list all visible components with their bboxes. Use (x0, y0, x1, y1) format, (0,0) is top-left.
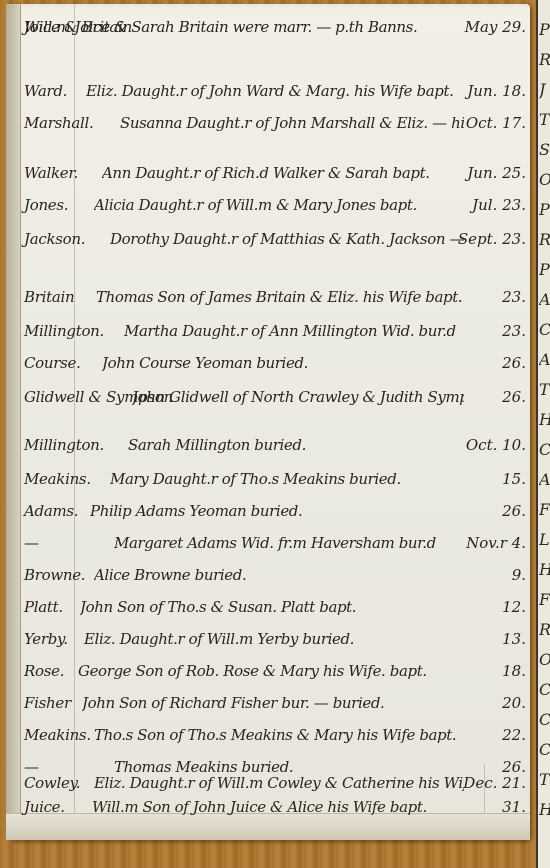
entry-text: John Son of Richard Fisher bur. — buried… (82, 694, 384, 712)
register-entry: Walker.Ann Daught.r of Rich.d Walker & S… (24, 164, 534, 188)
entry-date: 12. (502, 598, 526, 616)
entry-date: Jul. 23. (472, 196, 526, 214)
entry-text: Alicia Daught.r of Will.m & Mary Jones b… (94, 196, 417, 214)
facing-page-letter: T (539, 110, 550, 129)
entry-surname: Yerby. (24, 630, 68, 648)
entry-date: Sept. 23. (458, 230, 526, 248)
entry-date: May 29. (465, 18, 526, 36)
entry-surname: Ward. (24, 82, 67, 100)
register-entry: Platt.John Son of Tho.s & Susan. Platt b… (24, 598, 534, 622)
entry-surname: Browne. (24, 566, 85, 584)
facing-page-fragment: PRJTSOPRPACATHCAFLHFROCCaClTraHo (539, 0, 550, 868)
register-entry: BritainThomas Son of James Britain & Eli… (24, 288, 534, 312)
entry-date: 9. (512, 566, 526, 584)
entry-surname: Walker. (24, 164, 78, 182)
facing-page-letter: F (539, 500, 550, 519)
entry-text: Will.m Joice & Sarah Britain were marr. … (24, 18, 417, 36)
entry-surname: Adams. (24, 502, 78, 520)
facing-page-letter: R (539, 620, 550, 639)
entry-surname: Course. (24, 354, 81, 372)
facing-page-letter: Ho (539, 800, 550, 819)
entry-date: 26. (502, 502, 526, 520)
entry-text: Tho.s Son of Tho.s Meakins & Mary his Wi… (94, 726, 456, 744)
facing-page-letter: H (539, 560, 550, 579)
entry-date: Jun. 18. (467, 82, 526, 100)
entry-date: Nov.r 4. (466, 534, 526, 552)
facing-page-letter: R (539, 50, 550, 69)
entry-surname: Marshall. (24, 114, 93, 132)
entry-text: John Son of Tho.s & Susan. Platt bapt. (80, 598, 356, 616)
entry-date: Jun. 25. (467, 164, 526, 182)
entry-text: Thomas Son of James Britain & Eliz. his … (96, 288, 462, 306)
register-entry: Browne.Alice Browne buried.9. (24, 566, 534, 590)
entry-surname: Meakins. (24, 726, 91, 744)
facing-page-letter: P (539, 20, 550, 39)
facing-page-letter: O (539, 170, 550, 189)
register-entry: Millington.Martha Daught.r of Ann Millin… (24, 322, 534, 346)
register-entry: Meakins.Tho.s Son of Tho.s Meakins & Mar… (24, 726, 534, 750)
entry-date: 15. (502, 470, 526, 488)
entry-date: 26. (502, 388, 526, 406)
register-entry: Juice.Will.m Son of John Juice & Alice h… (24, 798, 534, 822)
entry-date: 18. (502, 662, 526, 680)
entry-surname: Jones. (24, 196, 68, 214)
facing-page-letter: P (539, 260, 550, 279)
entry-text: John Course Yeoman buried. (102, 354, 308, 372)
register-entry: Jones.Alicia Daught.r of Will.m & Mary J… (24, 196, 534, 220)
entry-date: 13. (502, 630, 526, 648)
register-entry: —Margaret Adams Wid. fr.m Haversham bur.… (24, 534, 534, 558)
entry-date: Dec. 21. (463, 774, 526, 792)
entry-text: Alice Browne buried. (94, 566, 246, 584)
register-entry: Rose.George Son of Rob. Rose & Mary his … (24, 662, 534, 686)
facing-page-letter: H (539, 410, 550, 429)
register-entry: Yerby.Eliz. Daught.r of Will.m Yerby bur… (24, 630, 534, 654)
entry-date: 23. (502, 288, 526, 306)
facing-page-letter: A (539, 290, 550, 309)
facing-page-letter: T (539, 380, 550, 399)
facing-page-letter: R (539, 230, 550, 249)
entry-text: John Glidwell of North Crawley & Judith … (132, 388, 464, 406)
entry-surname: — (24, 534, 39, 552)
entry-surname: Cowley. (24, 774, 80, 792)
entry-text: Sarah Millington buried. (128, 436, 306, 454)
entry-text: Margaret Adams Wid. fr.m Haversham bur.d (114, 534, 436, 552)
register-entry: FisherJohn Son of Richard Fisher bur. — … (24, 694, 534, 718)
entry-date: 23. (502, 322, 526, 340)
entry-surname: Jackson. (24, 230, 85, 248)
entry-text: Philip Adams Yeoman buried. (90, 502, 302, 520)
entry-surname: Meakins. (24, 470, 91, 488)
register-entry: Meakins.Mary Daught.r of Tho.s Meakins b… (24, 470, 534, 494)
facing-page-letter: Ca (539, 710, 550, 729)
entry-date: 20. (502, 694, 526, 712)
entry-text: Will.m Son of John Juice & Alice his Wif… (92, 798, 427, 816)
entry-text: Ann Daught.r of Rich.d Walker & Sarah ba… (102, 164, 430, 182)
entry-text: Mary Daught.r of Tho.s Meakins buried. (110, 470, 401, 488)
entry-text: Susanna Daught.r of John Marshall & Eliz… (120, 114, 464, 132)
facing-page-letter: A (539, 350, 550, 369)
register-entry: Glidwell & SympsonJohn Glidwell of North… (24, 388, 534, 412)
entry-date: 22. (502, 726, 526, 744)
entry-date: 31. (502, 798, 526, 816)
facing-page-letter: Cl (539, 740, 550, 759)
entry-date: Oct. 17. (466, 114, 526, 132)
facing-page-letter: S (539, 140, 550, 159)
entry-surname: Fisher (24, 694, 71, 712)
entry-surname: Platt. (24, 598, 63, 616)
register-entry: Cowley.Eliz. Daught.r of Will.m Cowley &… (24, 774, 534, 798)
entry-text: Eliz. Daught.r of John Ward & Marg. his … (86, 82, 453, 100)
register-entry: Course.John Course Yeoman buried.26. (24, 354, 534, 378)
register-entry: Joice & BritainWill.m Joice & Sarah Brit… (24, 18, 534, 42)
facing-page-letter: L (539, 530, 550, 549)
facing-page-letter: P (539, 200, 550, 219)
facing-page-letter: C (539, 680, 550, 699)
register-entry: Marshall.Susanna Daught.r of John Marsha… (24, 114, 534, 138)
facing-page-letter: C (539, 440, 550, 459)
entry-text: George Son of Rob. Rose & Mary his Wife.… (78, 662, 427, 680)
facing-page-letter: J (539, 80, 545, 99)
entry-text: Martha Daught.r of Ann Millington Wid. b… (124, 322, 456, 340)
entry-surname: Millington. (24, 322, 104, 340)
entry-surname: Juice. (24, 798, 65, 816)
entry-surname: Rose. (24, 662, 64, 680)
entry-surname: Millington. (24, 436, 104, 454)
entry-text: Eliz. Daught.r of Will.m Cowley & Cather… (94, 774, 464, 792)
facing-page-letter: Tra (539, 770, 550, 789)
register-page: Joice & BritainWill.m Joice & Sarah Brit… (6, 4, 530, 840)
entry-text: Dorothy Daught.r of Matthias & Kath. Jac… (110, 230, 464, 248)
register-entry: Jackson.Dorothy Daught.r of Matthias & K… (24, 230, 534, 254)
entry-text: Eliz. Daught.r of Will.m Yerby buried. (84, 630, 354, 648)
register-entry: Ward.Eliz. Daught.r of John Ward & Marg.… (24, 82, 534, 106)
facing-page-letter: O (539, 650, 550, 669)
facing-page-letter: A (539, 470, 550, 489)
entry-date: 26. (502, 354, 526, 372)
register-entry: Millington.Sarah Millington buried.Oct. … (24, 436, 534, 460)
entry-date: Oct. 10. (466, 436, 526, 454)
register-entry: Adams.Philip Adams Yeoman buried.26. (24, 502, 534, 526)
page-edge (6, 4, 21, 840)
facing-page-letter: F (539, 590, 550, 609)
entry-surname: Britain (24, 288, 74, 306)
facing-page-letter: C (539, 320, 550, 339)
